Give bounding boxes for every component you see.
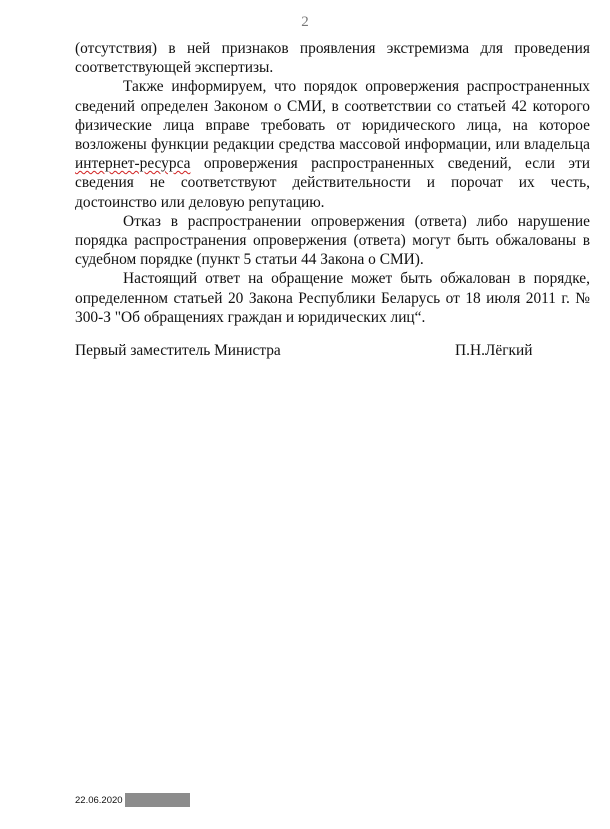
signatory-title: Первый заместитель Министра: [75, 342, 281, 360]
paragraph-text-before: Также информируем, что порядок опроверже…: [75, 78, 590, 153]
paragraph-refutation-procedure: Также информируем, что порядок опроверже…: [75, 77, 590, 211]
page-number: 2: [0, 14, 610, 31]
letter-body: (отсутствия) в ней признаков проявления …: [75, 39, 590, 327]
signatory-name: П.Н.Лёгкий: [455, 342, 532, 360]
footer: 22.06.2020: [75, 793, 190, 807]
paragraph-appeal-law: Настоящий ответ на обращение может быть …: [75, 269, 590, 327]
redacted-block: [125, 793, 190, 807]
paragraph-continuation: (отсутствия) в ней признаков проявления …: [75, 39, 590, 77]
spellcheck-flagged-word[interactable]: интернет-ресурса: [75, 155, 190, 172]
footer-date: 22.06.2020: [75, 795, 123, 806]
paragraph-appeal-court: Отказ в распространении опровержения (от…: [75, 212, 590, 270]
